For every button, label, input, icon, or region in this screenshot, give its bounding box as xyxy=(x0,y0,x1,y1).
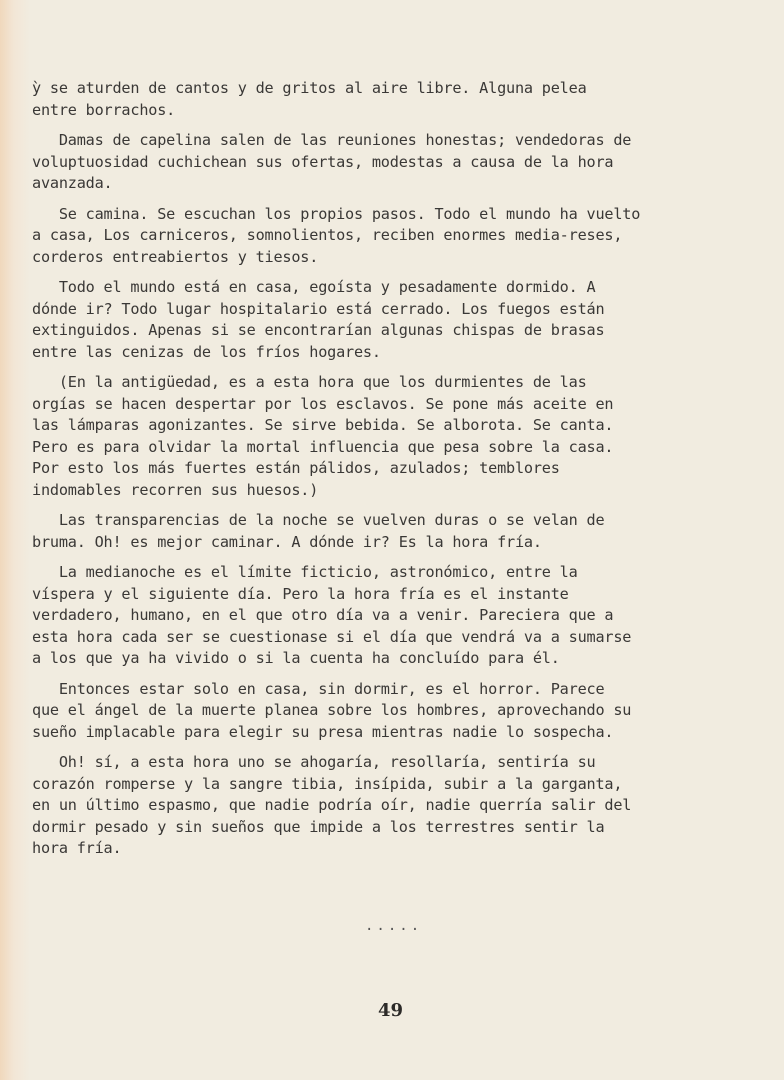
text-line: sueño implacable para elegir su presa mi… xyxy=(32,722,772,744)
text-line: corazón romperse y la sangre tibia, insí… xyxy=(32,774,772,796)
text-line: esta hora cada ser se cuestionase si el … xyxy=(32,627,772,649)
paragraph: Oh! sí, a esta hora uno se ahogaría, res… xyxy=(32,752,772,860)
text-line: las lámparas agonizantes. Se sirve bebid… xyxy=(32,415,772,437)
paragraph: (En la antigüedad, es a esta hora que lo… xyxy=(32,372,772,501)
paragraph: Las transparencias de la noche se vuelve… xyxy=(32,510,772,553)
text-line: (En la antigüedad, es a esta hora que lo… xyxy=(32,372,772,394)
text-line: dónde ir? Todo lugar hospitalario está c… xyxy=(32,299,772,321)
text-line: víspera y el siguiente día. Pero la hora… xyxy=(32,584,772,606)
text-line: que el ángel de la muerte planea sobre l… xyxy=(32,700,772,722)
text-line: bruma. Oh! es mejor caminar. A dónde ir?… xyxy=(32,532,772,554)
text-line: entre borrachos. xyxy=(32,100,772,122)
text-line: a casa, Los carniceros, somnolientos, re… xyxy=(32,225,772,247)
text-line: hora fría. xyxy=(32,838,772,860)
text-line: Todo el mundo está en casa, egoísta y pe… xyxy=(32,277,772,299)
text-line: a los que ya ha vivido o si la cuenta ha… xyxy=(32,648,772,670)
text-line: voluptuosidad cuchichean sus ofertas, mo… xyxy=(32,152,772,174)
text-line: indomables recorren sus huesos.) xyxy=(32,480,772,502)
paragraph: La medianoche es el límite ficticio, ast… xyxy=(32,562,772,670)
text-line: Damas de capelina salen de las reuniones… xyxy=(32,130,772,152)
text-line: en un último espasmo, que nadie podría o… xyxy=(32,795,772,817)
paragraph: Se camina. Se escuchan los propios pasos… xyxy=(32,204,772,269)
section-separator: ..... xyxy=(365,918,422,934)
text-line: corderos entreabiertos y tiesos. xyxy=(32,247,772,269)
page-body: ỳ se aturden de cantos y de gritos al ai… xyxy=(32,78,772,869)
text-line: verdadero, humano, en el que otro día va… xyxy=(32,605,772,627)
text-line: extinguidos. Apenas si se encontrarían a… xyxy=(32,320,772,342)
paragraph: Entonces estar solo en casa, sin dormir,… xyxy=(32,679,772,744)
page-number: 49 xyxy=(378,1000,403,1021)
text-line: orgías se hacen despertar por los esclav… xyxy=(32,394,772,416)
text-line: entre las cenizas de los fríos hogares. xyxy=(32,342,772,364)
paragraph: Damas de capelina salen de las reuniones… xyxy=(32,130,772,195)
text-line: Las transparencias de la noche se vuelve… xyxy=(32,510,772,532)
text-line: Pero es para olvidar la mortal influenci… xyxy=(32,437,772,459)
text-line: dormir pesado y sin sueños que impide a … xyxy=(32,817,772,839)
text-line: Entonces estar solo en casa, sin dormir,… xyxy=(32,679,772,701)
text-line: Se camina. Se escuchan los propios pasos… xyxy=(32,204,772,226)
paragraph: Todo el mundo está en casa, egoísta y pe… xyxy=(32,277,772,363)
text-line: Por esto los más fuertes están pálidos, … xyxy=(32,458,772,480)
text-line: avanzada. xyxy=(32,173,772,195)
paragraph: ỳ se aturden de cantos y de gritos al ai… xyxy=(32,78,772,121)
text-line: La medianoche es el límite ficticio, ast… xyxy=(32,562,772,584)
text-line: Oh! sí, a esta hora uno se ahogaría, res… xyxy=(32,752,772,774)
text-line: ỳ se aturden de cantos y de gritos al ai… xyxy=(32,78,772,100)
